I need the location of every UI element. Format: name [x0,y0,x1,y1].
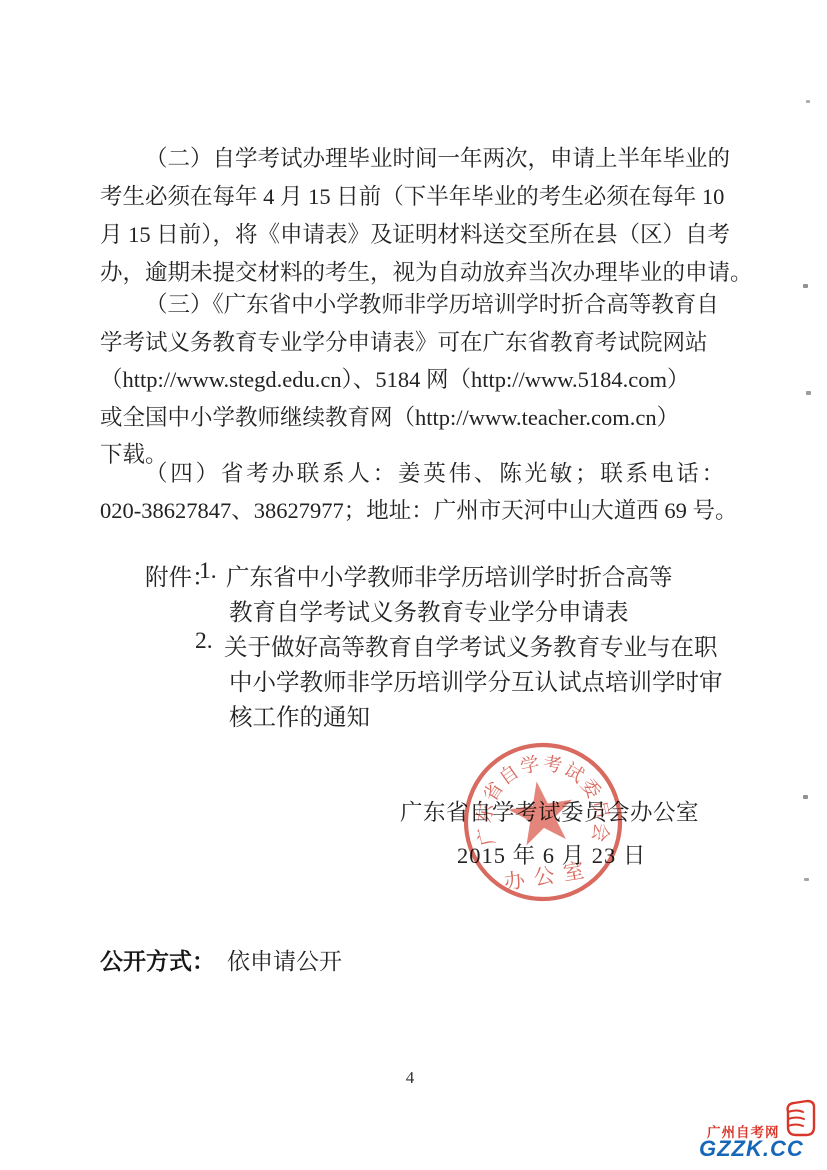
attachment-number: 1. [199,558,217,585]
paragraph-2: （二）自学考试办理毕业时间一年两次，申请上半年毕业的 考生必须在每年 4 月 1… [100,140,730,292]
scanned-document-page: （二）自学考试办理毕业时间一年两次，申请上半年毕业的 考生必须在每年 4 月 1… [0,0,827,1170]
publicity-line: 公开方式：依申请公开 [100,943,342,976]
attachment-number: 2. [195,628,213,655]
attachment-line: 核工作的通知 [229,698,370,732]
body-line: 020-38627847、38627977；地址：广州市天河中山大道西 69 号… [100,492,730,529]
scan-artifact [803,795,808,799]
publicity-value: 依申请公开 [227,949,342,974]
attachment-line: 广东省中小学教师非学历培训学时折合高等 [226,558,673,592]
body-line: （二）自学考试办理毕业时间一年两次，申请上半年毕业的 [100,140,730,178]
scan-artifact [806,391,811,395]
body-line: 学考试义务教育专业学分申请表》可在广东省教育考试院网站 [100,324,730,362]
seal-star-icon [505,776,578,847]
body-line: 或全国中小学教师继续教育网（http://www.teacher.com.cn） [100,399,730,437]
official-seal: 广东省自学考试委员会 办公室 [434,713,651,930]
body-line: 月 15 日前），将《申请表》及证明材料送交至所在县（区）自考 [100,216,730,254]
paragraph-4: （四）省考办联系人：姜英伟、陈光敏；联系电话： 020-38627847、386… [100,455,730,529]
body-line: （http://www.stegd.edu.cn）、5184 网（http://… [100,361,730,399]
fist-icon [781,1098,817,1140]
body-line: （三）《广东省中小学教师非学历培训学时折合高等教育自 [100,286,730,324]
scan-artifact [803,284,808,288]
scan-artifact [806,100,810,103]
body-line: （四）省考办联系人：姜英伟、陈光敏；联系电话： [100,455,730,492]
paragraph-3: （三）《广东省中小学教师非学历培训学时折合高等教育自 学考试义务教育专业学分申请… [100,286,730,474]
attachment-line: 中小学教师非学历培训学分互认试点培训学时审 [229,663,723,697]
scan-artifact [804,878,809,881]
attachment-line: 教育自学考试义务教育专业学分申请表 [229,593,629,627]
attachment-line: 关于做好高等教育自学考试义务教育专业与在职 [224,628,718,662]
page-number: 4 [398,1068,422,1088]
publicity-label: 公开方式： [100,948,215,974]
watermark-site-url: GZZK.CC [699,1136,804,1162]
body-line: 考生必须在每年 4 月 15 日前（下半年毕业的考生必须在每年 10 [100,178,730,216]
site-watermark: 广州自考网 GZZK.CC [693,1096,823,1164]
